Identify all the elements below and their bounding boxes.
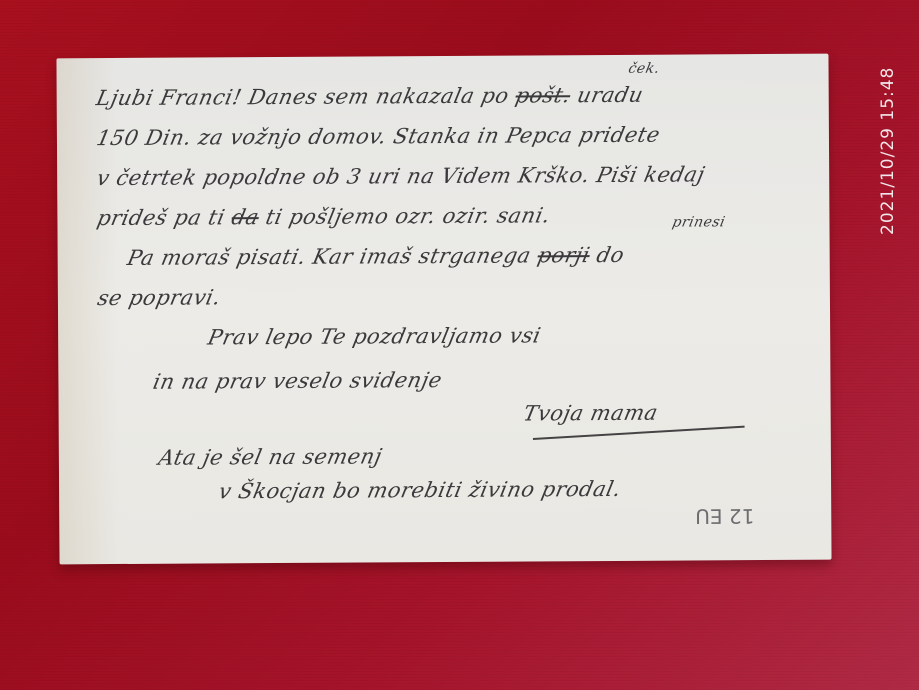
postcard: ček. Ljubi Franci! Danes sem nakazala po…: [56, 54, 831, 565]
line-1-after: uradu: [568, 83, 646, 107]
handwritten-line-6: se popravi.: [95, 285, 223, 310]
line-4-text: prideš pa ti: [95, 205, 234, 230]
line-1-text: Ljubi Franci! Danes sem nakazala po: [94, 84, 518, 111]
line-5-after: do: [587, 243, 626, 267]
photo-timestamp: 2021/10/29 15:48: [878, 67, 898, 235]
signature-underline: [533, 426, 745, 440]
handwritten-line-8: in na prav veselo svidenje: [151, 368, 444, 394]
handwritten-line-3: v četrtek popoldne ob 3 uri na Videm Krš…: [95, 162, 707, 190]
line-5-text: Pa moraš pisati. Kar imaš strganega: [125, 243, 540, 270]
insertion-prinesi: prinesi: [671, 214, 727, 230]
handwritten-line-7: Prav lepo Te pozdravljamo vsi: [206, 323, 543, 349]
handwritten-line-4: prideš pa ti da ti pošljemo ozr. ozir. s…: [95, 203, 553, 230]
handwritten-line-2: 150 Din. za vožnjo domov. Stanka in Pepc…: [94, 123, 662, 150]
line-1-struck: pošt.: [513, 83, 572, 107]
signature: Tvoja mama: [521, 401, 660, 426]
handwritten-line-5: Pa moraš pisati. Kar imaš strganega porj…: [125, 243, 626, 270]
handwritten-line-10: v Škocjan bo morebiti živino prodal.: [217, 477, 624, 503]
handwritten-line-9: Ata je šel na semenj: [156, 444, 384, 469]
pencil-price-note: 12 EU: [695, 504, 754, 528]
insertion-cek: ček.: [627, 61, 661, 77]
handwritten-line-1: Ljubi Franci! Danes sem nakazala po pošt…: [94, 83, 645, 110]
line-5-struck: porji: [535, 243, 592, 267]
line-4-after: ti pošljemo ozr. ozir. sani.: [256, 203, 552, 229]
